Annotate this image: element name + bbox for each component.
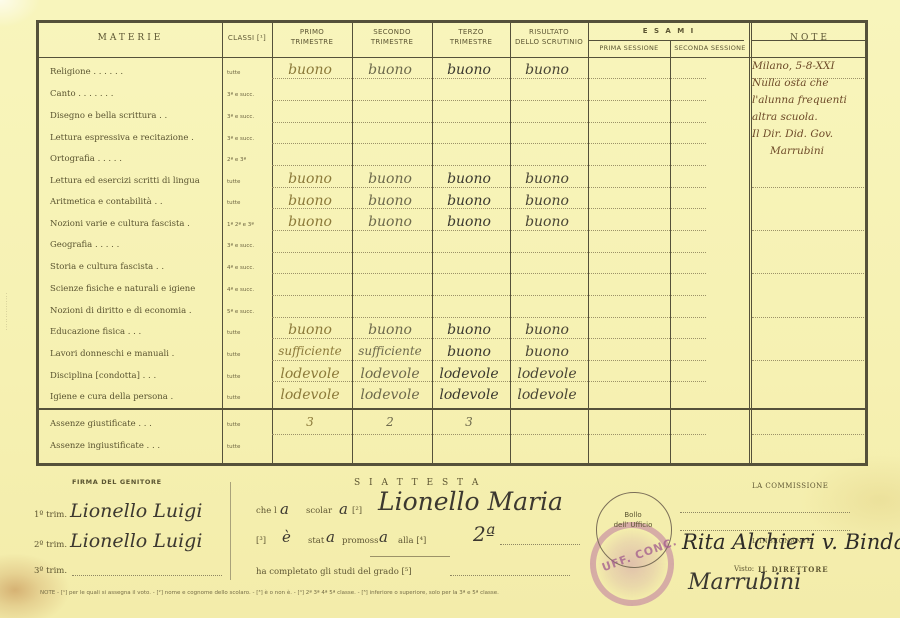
grade-t2: buono (352, 62, 428, 78)
class-range: 3ª e succ. (227, 92, 254, 98)
grade-t3: buono (431, 214, 507, 230)
grade-t1: buono (272, 214, 348, 230)
subject-label: Lettura ed esercizi scritti di lingua (50, 176, 220, 186)
attestation-line-3: ha completato gli studi del grado [⁵] (256, 567, 412, 577)
subject-label: Nozioni varie e cultura fascista . (50, 219, 220, 229)
trimester-2-label: 2º trim. (34, 540, 67, 550)
subject-label: Ortografia . . . . . (50, 154, 220, 164)
grade-t3: buono (431, 171, 507, 187)
subject-label: Igiene e cura della persona . (50, 392, 220, 402)
absences-t3: 3 (431, 415, 507, 429)
teacher-signature: Rita Alchieri v. Binda (682, 530, 900, 554)
grade-t3: lodevole (431, 366, 507, 382)
stamp-label: Bollodell' Ufficio (596, 510, 670, 530)
class-range: tutte (227, 200, 240, 206)
parent-signature-2: Lionello Luigi (70, 530, 202, 552)
class-range: tutte (227, 374, 240, 380)
grade-t1: sufficiente (272, 344, 348, 358)
absences-t2: 2 (352, 415, 428, 429)
subject-label: Aritmetica e contabilità . . (50, 197, 220, 207)
trimester-3-label: 3º trim. (34, 566, 67, 576)
grade-t1: buono (272, 62, 348, 78)
subject-label: Nozioni di diritto e di economia . (50, 306, 220, 316)
grade-t3: buono (431, 344, 507, 360)
footnote: NOTE - [¹] per le quali si assegna il vo… (40, 590, 499, 596)
class-range: tutte (227, 395, 240, 401)
subject-label: Canto . . . . . . . (50, 89, 220, 99)
director-signature: Marrubini (688, 570, 801, 595)
class-range: tutte (227, 330, 240, 336)
class-range: tutte (227, 179, 240, 185)
promoted-class: 2ª (473, 522, 495, 546)
grade-t2: sufficiente (352, 344, 428, 358)
absences-t1: 3 (272, 415, 348, 429)
grade-t1: lodevole (272, 387, 348, 403)
grade-t2: lodevole (352, 366, 428, 382)
grade-t3: buono (431, 322, 507, 338)
subject-label: Disegno e bella scrittura . . (50, 111, 220, 121)
subject-label: Lavori donneschi e manuali . (50, 349, 220, 359)
grade-result: buono (509, 62, 585, 78)
subject-label: Religione . . . . . . (50, 67, 220, 77)
grade-t1: buono (272, 193, 348, 209)
class-range: 4ª e succ. (227, 287, 254, 293)
subject-label: Lettura espressiva e recitazione . (50, 133, 220, 143)
commission-title: LA COMMISSIONE (752, 482, 828, 490)
subject-label: Geografia . . . . . (50, 240, 220, 250)
parent-signature-1: Lionello Luigi (70, 500, 202, 522)
grade-t3: lodevole (431, 387, 507, 403)
student-name: Lionello Maria (378, 487, 563, 516)
grades-rows: Religione . . . . . . tutte buono buono … (36, 20, 868, 466)
class-range: 2ª e 3ª (227, 157, 246, 163)
notes-annotation: Milano, 5-8-XXI Nulla osta che l'alunna … (752, 58, 870, 160)
grade-t2: buono (352, 214, 428, 230)
subject-label: Storia e cultura fascista . . (50, 262, 220, 272)
grade-t2: lodevole (352, 387, 428, 403)
parent-signature-title: FIRMA DEL GENITORE (72, 478, 162, 486)
class-range: 3ª e succ. (227, 114, 254, 120)
grade-result: buono (509, 193, 585, 209)
grade-t2: buono (352, 171, 428, 187)
absences-unjustified-label: Assenze ingiustificate . . . (50, 441, 220, 451)
class-range: tutte (227, 70, 240, 76)
subject-label: Educazione fisica . . . (50, 327, 220, 337)
class-range: 3ª e succ. (227, 243, 254, 249)
class-range: 4ª e succ. (227, 265, 254, 271)
grade-t1: lodevole (272, 366, 348, 382)
grade-t2: buono (352, 322, 428, 338)
absences-justified-label: Assenze giustificate . . . (50, 419, 220, 429)
grade-result: buono (509, 171, 585, 187)
grade-t3: buono (431, 62, 507, 78)
grade-result: buono (509, 214, 585, 230)
grade-t1: buono (272, 171, 348, 187)
grade-result: buono (509, 322, 585, 338)
class-range: tutte (227, 352, 240, 358)
printer-imprint: · · · · · · · · · · · · · · · (4, 293, 9, 330)
grade-t2: buono (352, 193, 428, 209)
grade-result: lodevole (509, 387, 585, 403)
class-range: 3ª e succ. (227, 136, 254, 142)
grade-t3: buono (431, 193, 507, 209)
grade-t1: buono (272, 322, 348, 338)
subject-label: Disciplina [condotta] . . . (50, 371, 220, 381)
class-range: 1ª 2ª e 3ª (227, 222, 254, 228)
section-divider (230, 482, 231, 580)
class-range: tutte (227, 422, 240, 428)
class-range: tutte (227, 444, 240, 450)
grade-result: lodevole (509, 366, 585, 382)
subject-label: Scienze fisiche e naturali e igiene (50, 284, 220, 294)
class-range: 5ª e succ. (227, 309, 254, 315)
trimester-1-label: 1º trim. (34, 510, 67, 520)
grade-result: buono (509, 344, 585, 360)
